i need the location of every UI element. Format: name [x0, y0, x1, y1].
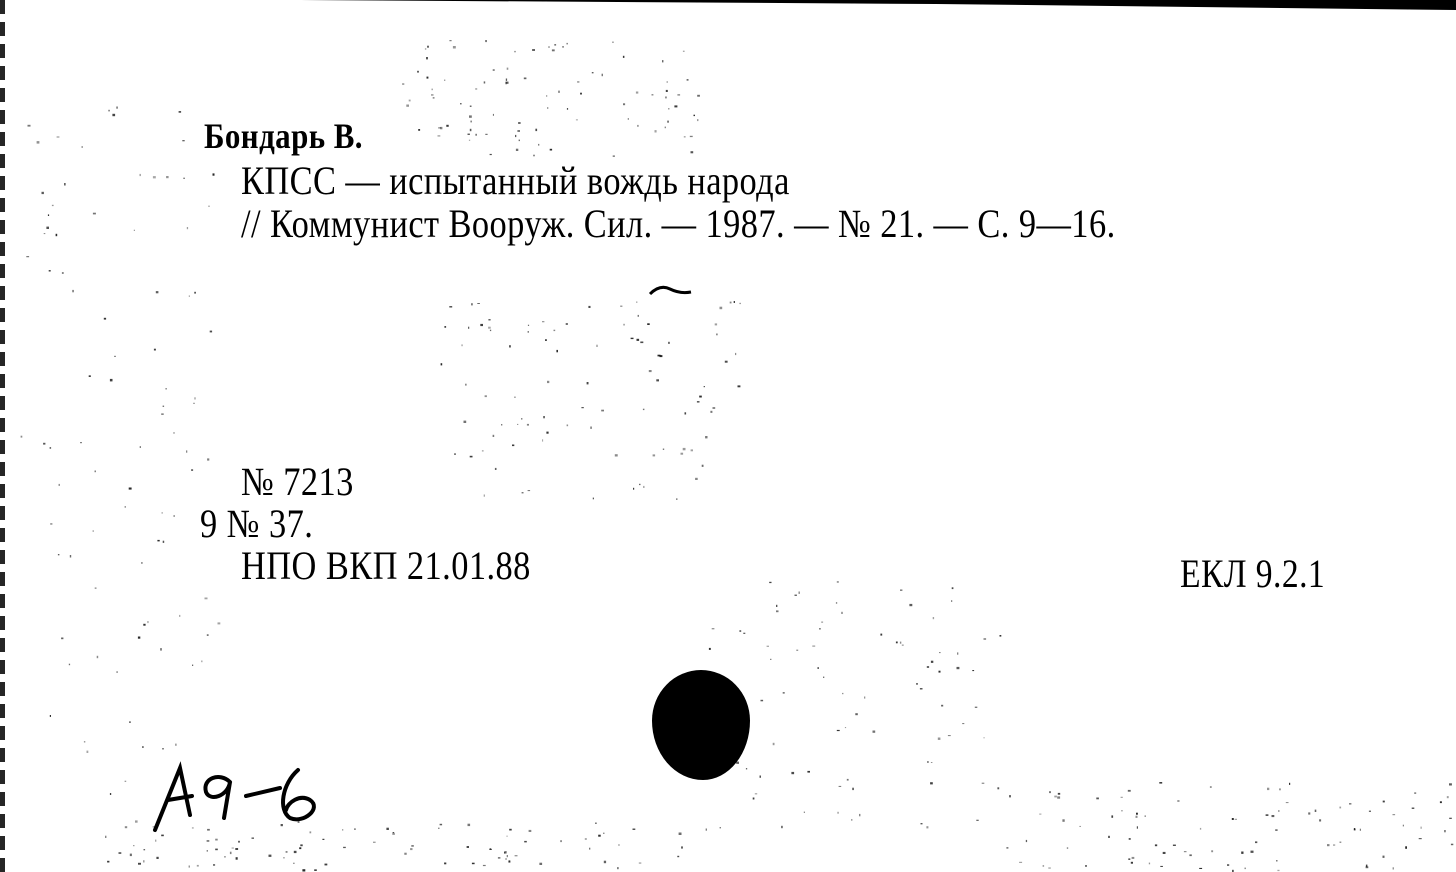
source-citation: // Коммунист Вооруж. Сил. — 1987. — № 21… — [241, 204, 1116, 244]
issue-line: 9 № 37. — [200, 504, 313, 544]
scan-left-edge — [0, 0, 5, 872]
record-number: № 7213 — [241, 462, 354, 502]
processing-line: НПО ВКП 21.01.88 — [241, 546, 531, 586]
author-name: Бондарь В. — [204, 118, 363, 154]
punched-hole — [652, 670, 750, 780]
classification-code: ЕКЛ 9.2.1 — [1180, 554, 1325, 594]
catalog-card: Бондарь В. КПСС — испытанный вождь народ… — [0, 0, 1456, 872]
tilde-mark — [648, 282, 693, 298]
handwritten-shelf-mark: А9-6 — [150, 760, 340, 835]
scan-top-edge — [300, 0, 1456, 10]
work-title: КПСС — испытанный вождь народа — [241, 161, 790, 201]
